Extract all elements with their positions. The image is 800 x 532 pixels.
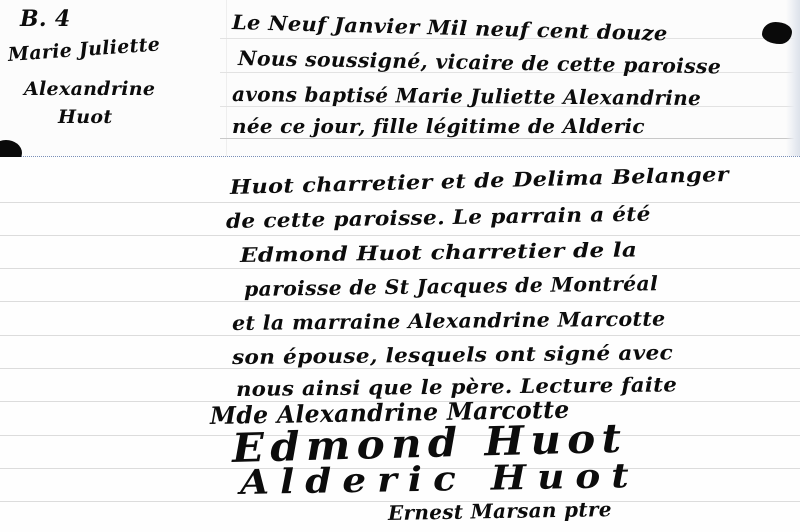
record-line-5: Huot charretier et de Delima Belanger xyxy=(230,162,729,199)
margin-name-line-2: Alexandrine xyxy=(24,78,155,100)
record-line-7: Edmond Huot charretier de la xyxy=(240,237,637,267)
ruled-line xyxy=(0,368,800,369)
ruled-line xyxy=(220,138,800,139)
signature-father: Alderic Huot xyxy=(240,456,640,503)
record-line-4: née ce jour, fille légitime de Alderic xyxy=(232,114,645,138)
record-line-9: et la marraine Alexandrine Marcotte xyxy=(232,306,666,335)
margin-line xyxy=(226,0,227,156)
ruled-line xyxy=(0,335,800,336)
bottom-scan-strip: Huot charretier et de Delima Belanger de… xyxy=(0,157,800,532)
margin-name-line-3: Huot xyxy=(58,106,112,128)
scan-edge-shadow xyxy=(786,0,800,156)
margin-name-line-1: Marie Juliette xyxy=(7,33,161,66)
signature-priest: Ernest Marsan ptre xyxy=(388,497,612,525)
ruled-line xyxy=(0,202,800,203)
ruled-line xyxy=(0,235,800,236)
ruled-line xyxy=(0,301,800,302)
scanned-register-page: B. 4 Marie Juliette Alexandrine Huot Le … xyxy=(0,0,800,532)
top-scan-strip: B. 4 Marie Juliette Alexandrine Huot Le … xyxy=(0,0,800,157)
record-line-6: de cette paroisse. Le parrain a été xyxy=(226,202,651,233)
record-line-1: Le Neuf Janvier Mil neuf cent douze xyxy=(232,10,668,45)
record-line-8: paroisse de St Jacques de Montréal xyxy=(244,271,658,301)
ink-blot xyxy=(762,22,792,44)
entry-number: B. 4 xyxy=(20,6,70,32)
ruled-line xyxy=(0,268,800,269)
record-line-2: Nous soussigné, vicaire de cette paroiss… xyxy=(238,46,722,78)
record-line-3: avons baptisé Marie Juliette Alexandrine xyxy=(232,82,701,110)
record-line-10: son épouse, lesquels ont signé avec xyxy=(232,340,673,369)
